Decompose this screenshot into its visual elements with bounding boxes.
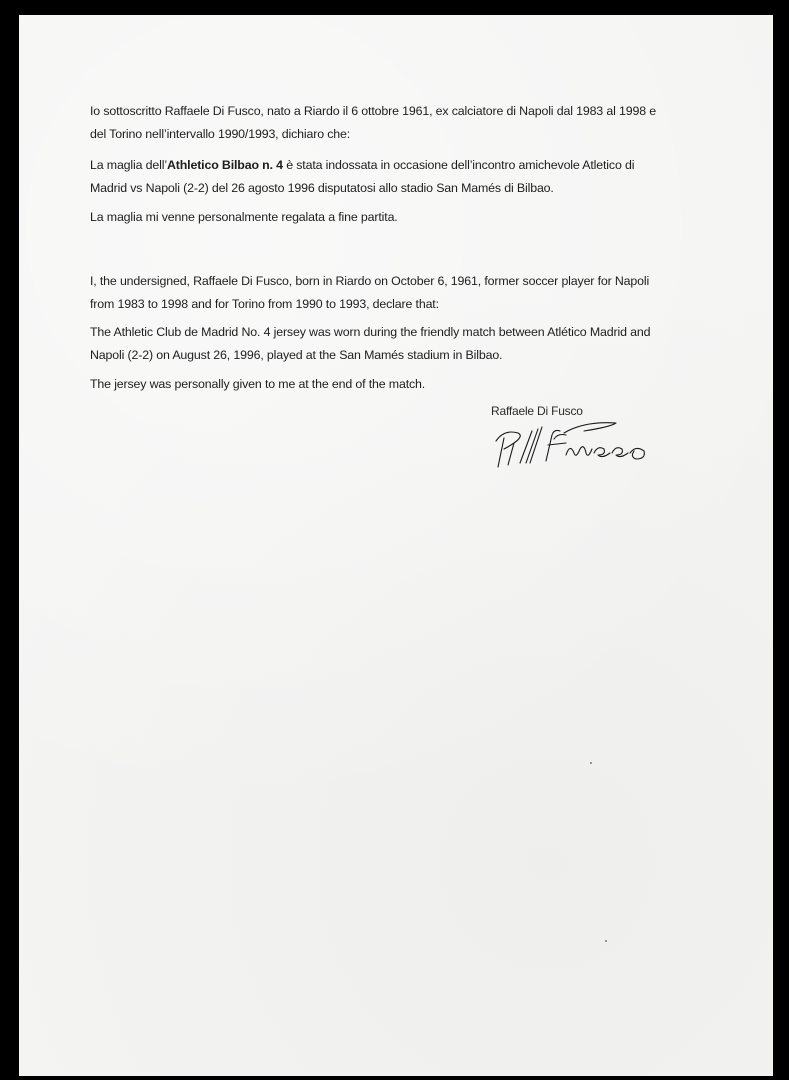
paper-speck [590,762,592,764]
italian-jersey-paragraph: La maglia dell’Athletico Bilbao n. 4 è s… [90,154,710,200]
italian-intro-line-2: del Torino nell’intervallo 1990/1993, di… [90,123,710,146]
english-jersey-line-2: Napoli (2-2) on August 26, 1996, played … [90,344,710,367]
english-gift-paragraph: The jersey was personally given to me at… [90,373,710,396]
paper-speck [605,940,607,942]
handwritten-signature-icon [474,403,654,473]
italian-jersey-line-2: Madrid vs Napoli (2-2) del 26 agosto 199… [90,177,710,200]
italian-intro-line-1: Io sottoscritto Raffaele Di Fusco, nato … [90,100,710,123]
jersey-suffix-text: è stata indossata in occasione dell’inco… [283,158,634,172]
italian-gift-line: La maglia mi venne personalmente regalat… [90,206,710,229]
english-jersey-line-1: The Athletic Club de Madrid No. 4 jersey… [90,321,710,344]
italian-intro-paragraph: Io sottoscritto Raffaele Di Fusco, nato … [90,100,710,146]
english-intro-paragraph: I, the undersigned, Raffaele Di Fusco, b… [90,270,710,316]
italian-jersey-line-1: La maglia dell’Athletico Bilbao n. 4 è s… [90,154,710,177]
english-gift-line: The jersey was personally given to me at… [90,373,710,396]
document-page: Io sottoscritto Raffaele Di Fusco, nato … [19,15,773,1076]
italian-gift-paragraph: La maglia mi venne personalmente regalat… [90,206,710,229]
english-intro-line-1: I, the undersigned, Raffaele Di Fusco, b… [90,270,710,293]
english-jersey-paragraph: The Athletic Club de Madrid No. 4 jersey… [90,321,710,367]
jersey-name-bold: Athletico Bilbao n. 4 [167,158,283,172]
jersey-prefix-text: La maglia dell’ [90,158,167,172]
english-intro-line-2: from 1983 to 1998 and for Torino from 19… [90,293,710,316]
